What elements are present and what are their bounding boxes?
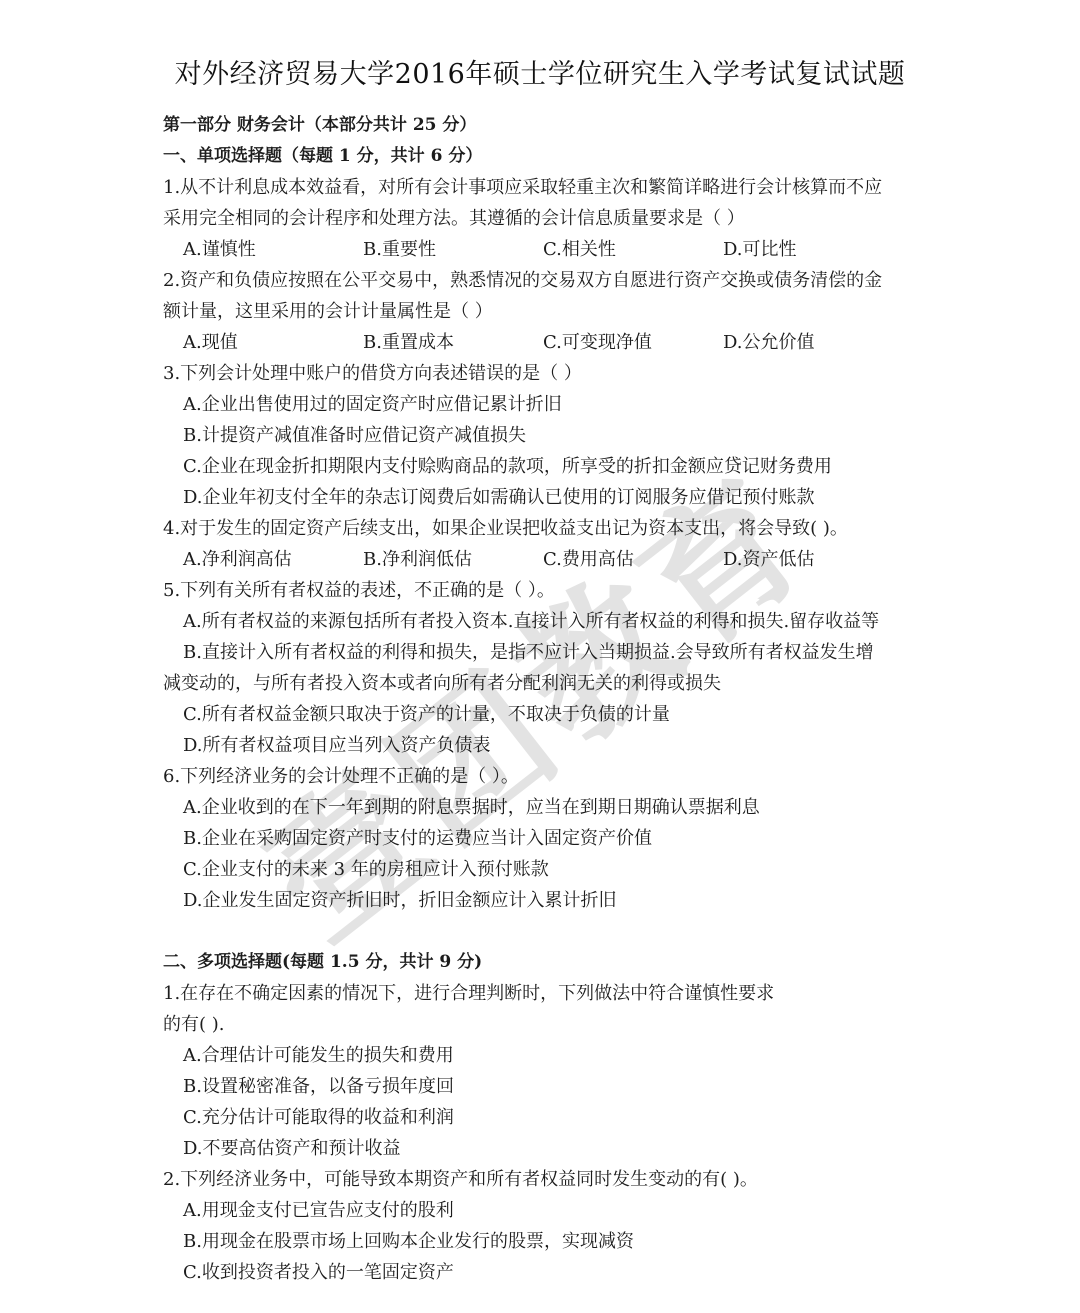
question-text: 1.在存在不确定因素的情况下，进行合理判断时，下列做法中符合谨慎性要求 — [163, 978, 923, 1009]
question-text: 5.下列有关所有者权益的表述，不正确的是（ ）。 — [163, 575, 923, 606]
question-5: 5.下列有关所有者权益的表述，不正确的是（ ）。 A.所有者权益的来源包括所有者… — [163, 575, 923, 761]
option-a: A.谨慎性 — [183, 234, 363, 265]
option-b: B.重要性 — [363, 234, 543, 265]
spacer — [163, 916, 923, 947]
option-d: D.企业发生固定资产折旧时，折旧金额应计入累计折旧 — [163, 885, 923, 916]
option-c: C.企业在现金折扣期限内支付赊购商品的款项，所享受的折扣金额应贷记财务费用 — [163, 451, 923, 482]
section-heading-multiple-choice: 二、多项选择题(每题 1.5 分，共计 9 分) — [163, 947, 923, 978]
option-c: C.收到投资者投入的一笔固定资产 — [163, 1257, 923, 1288]
option-b-continued: 减变动的，与所有者投入资本或者向所有者分配利润无关的利得或损失 — [163, 668, 923, 699]
section-heading-single-choice: 一、单项选择题（每题 1 分，共计 6 分） — [163, 141, 923, 172]
option-b: B.设置秘密准备，以备亏损年度回 — [163, 1071, 923, 1102]
option-c: C.费用高估 — [543, 544, 723, 575]
option-b: B.计提资产减值准备时应借记资产减值损失 — [163, 420, 923, 451]
option-a: A.合理估计可能发生的损失和费用 — [163, 1040, 923, 1071]
option-d: D.可比性 — [723, 234, 903, 265]
option-c: C.可变现净值 — [543, 327, 723, 358]
option-row: A.净利润高估 B.净利润低估 C.费用高估 D.资产低估 — [163, 544, 923, 575]
option-c: C.充分估计可能取得的收益和利润 — [163, 1102, 923, 1133]
question-6: 6.下列经济业务的会计处理不正确的是（ ）。 A.企业收到的在下一年到期的附息票… — [163, 761, 923, 916]
option-c: C.相关性 — [543, 234, 723, 265]
option-a: A.企业出售使用过的固定资产时应借记累计折旧 — [163, 389, 923, 420]
option-d: D.不要高估资产和预计收益 — [163, 1133, 923, 1164]
question-text: 3.下列会计处理中账户的借贷方向表述错误的是（ ） — [163, 358, 923, 389]
multi-question-2: 2.下列经济业务中，可能导致本期资产和所有者权益同时发生变动的有( )。 A.用… — [163, 1164, 923, 1288]
option-a: A.现值 — [183, 327, 363, 358]
option-b: B.净利润低估 — [363, 544, 543, 575]
question-4: 4.对于发生的固定资产后续支出，如果企业误把收益支出记为资本支出，将会导致( )… — [163, 513, 923, 575]
option-d: D.资产低估 — [723, 544, 903, 575]
exam-content: 第一部分 财务会计（本部分共计 25 分） 一、单项选择题（每题 1 分，共计 … — [163, 110, 923, 1288]
option-c: C.所有者权益金额只取决于资产的计量，不取决于负债的计量 — [163, 699, 923, 730]
question-1: 1.从不计利息成本效益看，对所有会计事项应采取轻重主次和繁简详略进行会计核算而不… — [163, 172, 923, 265]
option-d: D.所有者权益项目应当列入资产负债表 — [163, 730, 923, 761]
option-row: A.谨慎性 B.重要性 C.相关性 D.可比性 — [163, 234, 923, 265]
multi-question-1: 1.在存在不确定因素的情况下，进行合理判断时，下列做法中符合谨慎性要求 的有( … — [163, 978, 923, 1164]
option-b: B.重置成本 — [363, 327, 543, 358]
question-text: 的有( ). — [163, 1009, 923, 1040]
question-text: 4.对于发生的固定资产后续支出，如果企业误把收益支出记为资本支出，将会导致( )… — [163, 513, 923, 544]
option-a: A.所有者权益的来源包括所有者投入资本.直接计入所有者权益的利得和损失.留存收益… — [163, 606, 923, 637]
exam-page: 壹团教育 对外经济贸易大学2016年硕士学位研究生入学考试复试试题 第一部分 财… — [0, 0, 1080, 1313]
option-d: D.企业年初支付全年的杂志订阅费后如需确认已使用的订阅服务应借记预付账款 — [163, 482, 923, 513]
question-text: 采用完全相同的会计程序和处理方法。其遵循的会计信息质量要求是（ ） — [163, 203, 923, 234]
question-3: 3.下列会计处理中账户的借贷方向表述错误的是（ ） A.企业出售使用过的固定资产… — [163, 358, 923, 513]
question-text: 2.下列经济业务中，可能导致本期资产和所有者权益同时发生变动的有( )。 — [163, 1164, 923, 1195]
option-b: B.企业在采购固定资产时支付的运费应当计入固定资产价值 — [163, 823, 923, 854]
question-text: 6.下列经济业务的会计处理不正确的是（ ）。 — [163, 761, 923, 792]
option-a: A.用现金支付已宣告应支付的股利 — [163, 1195, 923, 1226]
option-c: C.企业支付的未来 3 年的房租应计入预付账款 — [163, 854, 923, 885]
option-a: A.净利润高估 — [183, 544, 363, 575]
part-heading: 第一部分 财务会计（本部分共计 25 分） — [163, 110, 923, 141]
option-b: B.直接计入所有者权益的利得和损失，是指不应计入当期损益.会导致所有者权益发生增 — [163, 637, 923, 668]
option-a: A.企业收到的在下一年到期的附息票据时，应当在到期日期确认票据利息 — [163, 792, 923, 823]
question-2: 2.资产和负债应按照在公平交易中，熟悉情况的交易双方自愿进行资产交换或债务清偿的… — [163, 265, 923, 358]
option-row: A.现值 B.重置成本 C.可变现净值 D.公允价值 — [163, 327, 923, 358]
option-d: D.公允价值 — [723, 327, 903, 358]
page-title: 对外经济贸易大学2016年硕士学位研究生入学考试复试试题 — [0, 52, 1080, 91]
option-b: B.用现金在股票市场上回购本企业发行的股票，实现减资 — [163, 1226, 923, 1257]
question-text: 额计量，这里采用的会计计量属性是（ ） — [163, 296, 923, 327]
question-text: 2.资产和负债应按照在公平交易中，熟悉情况的交易双方自愿进行资产交换或债务清偿的… — [163, 265, 923, 296]
question-text: 1.从不计利息成本效益看，对所有会计事项应采取轻重主次和繁简详略进行会计核算而不… — [163, 172, 923, 203]
